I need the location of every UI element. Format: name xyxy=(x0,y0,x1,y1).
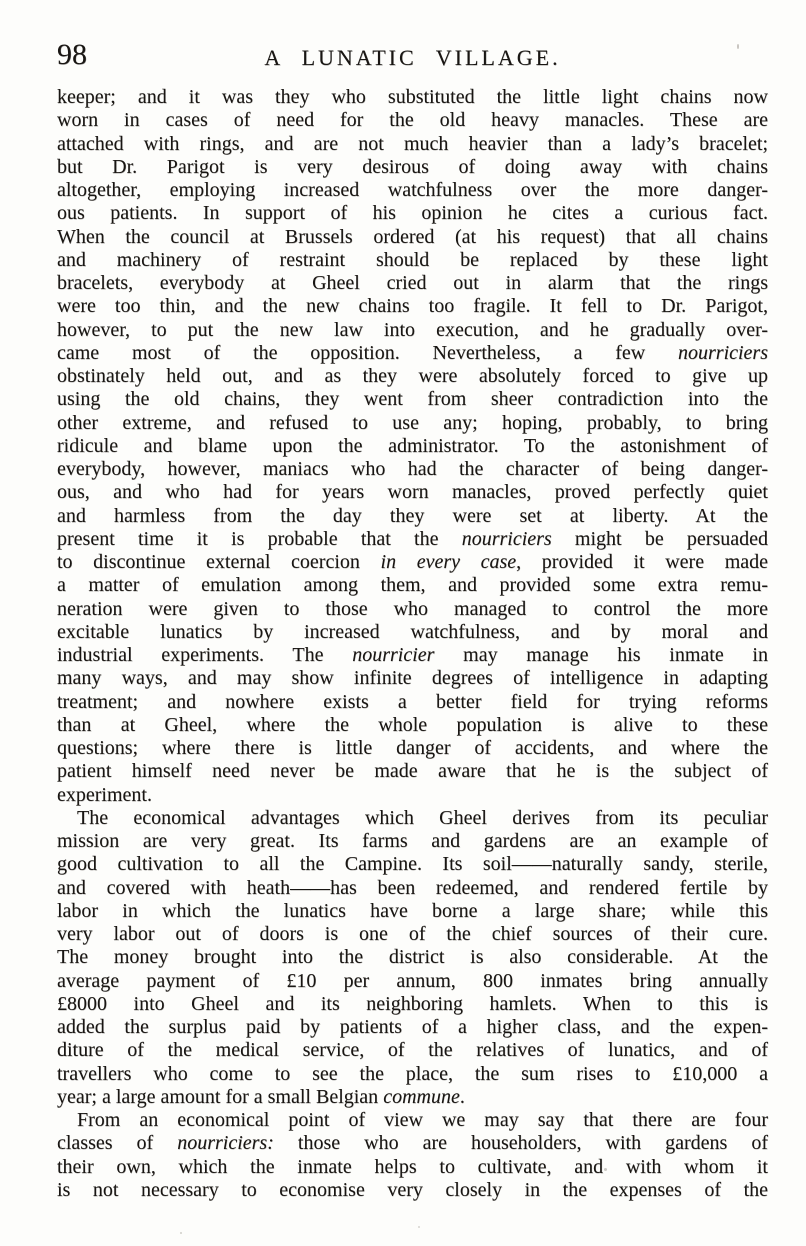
text-line: labor in which the lunatics have borne a… xyxy=(57,900,768,923)
text-line: other extreme, and refused to use any; h… xyxy=(57,412,768,435)
text-line: From an economical point of view we may … xyxy=(57,1109,768,1132)
scan-speckle xyxy=(737,44,739,49)
page-header: 98 A LUNATIC VILLAGE. xyxy=(57,38,768,80)
text-line: good cultivation to all the Campine. Its… xyxy=(57,853,768,876)
text-line: neration were given to those who managed… xyxy=(57,598,768,621)
scan-speckle xyxy=(710,118,712,120)
text-line: very labor out of doors is one of the ch… xyxy=(57,923,768,946)
scan-speckle xyxy=(60,1146,62,1149)
text-line: to discontinue external coercion in ever… xyxy=(57,551,768,574)
text-line: treatment; and nowhere exists a better f… xyxy=(57,691,768,714)
text-line: excitable lunatics by increased watchful… xyxy=(57,621,768,644)
text-line: many ways, and may show infinite degrees… xyxy=(57,667,768,690)
text-line: keeper; and it was they who substituted … xyxy=(57,86,768,109)
text-line: present time it is probable that the nou… xyxy=(57,528,768,551)
text-line: using the old chains, they went from she… xyxy=(57,388,768,411)
text-line: diture of the medical service, of the re… xyxy=(57,1039,768,1062)
text-line: added the surplus paid by patients of a … xyxy=(57,1016,768,1039)
scan-speckle xyxy=(180,1232,182,1234)
text-line: £8000 into Gheel and its neighboring ham… xyxy=(57,993,768,1016)
text-line: attached with rings, and are not much he… xyxy=(57,133,768,156)
text-line: industrial experiments. The nourricier m… xyxy=(57,644,768,667)
running-title: A LUNATIC VILLAGE. xyxy=(57,47,768,69)
text-line: and machinery of restraint should be rep… xyxy=(57,249,768,272)
text-line: everybody, however, maniacs who had the … xyxy=(57,458,768,481)
text-line: classes of nourriciers: those who are ho… xyxy=(57,1132,768,1155)
text-line: year; a large amount for a small Belgian… xyxy=(57,1086,768,1109)
text-line: ous, and who had for years worn manacles… xyxy=(57,481,768,504)
text-line: than at Gheel, where the whole populatio… xyxy=(57,714,768,737)
text-line: average payment of £10 per annum, 800 in… xyxy=(57,970,768,993)
text-line: came most of the opposition. Nevertheles… xyxy=(57,342,768,365)
text-line: a matter of emulation among them, and pr… xyxy=(57,574,768,597)
text-line: and covered with heath——has been redeeme… xyxy=(57,877,768,900)
text-line: but Dr. Parigot is very desirous of doin… xyxy=(57,156,768,179)
text-line: obstinately held out, and as they were a… xyxy=(57,365,768,388)
text-line: ridicule and blame upon the administrato… xyxy=(57,435,768,458)
text-line: When the council at Brussels ordered (at… xyxy=(57,226,768,249)
text-line: The money brought into the district is a… xyxy=(57,946,768,969)
text-line: altogether, employing increased watchful… xyxy=(57,179,768,202)
text-line: travellers who come to see the place, th… xyxy=(57,1063,768,1086)
text-line: worn in cases of need for the old heavy … xyxy=(57,109,768,132)
text-line: ous patients. In support of his opinion … xyxy=(57,202,768,225)
text-line: however, to put the new law into executi… xyxy=(57,319,768,342)
text-line: were too thin, and the new chains too fr… xyxy=(57,295,768,318)
text-line: their own, which the inmate helps to cul… xyxy=(57,1156,768,1179)
text-line: is not necessary to economise very close… xyxy=(57,1179,768,1202)
text-line: The economical advantages which Gheel de… xyxy=(57,807,768,830)
text-line: mission are very great. Its farms and ga… xyxy=(57,830,768,853)
text-line: questions; where there is little danger … xyxy=(57,737,768,760)
scan-speckle xyxy=(604,1168,607,1171)
text-line: experiment. xyxy=(57,784,768,807)
scan-speckle xyxy=(418,1226,420,1228)
text-line: patient himself need never be made aware… xyxy=(57,760,768,783)
text-line: bracelets, everybody at Gheel cried out … xyxy=(57,272,768,295)
text-line: and harmless from the day they were set … xyxy=(57,505,768,528)
book-page: 98 A LUNATIC VILLAGE. keeper; and it was… xyxy=(0,0,806,1246)
page-body: keeper; and it was they who substituted … xyxy=(57,86,768,1202)
